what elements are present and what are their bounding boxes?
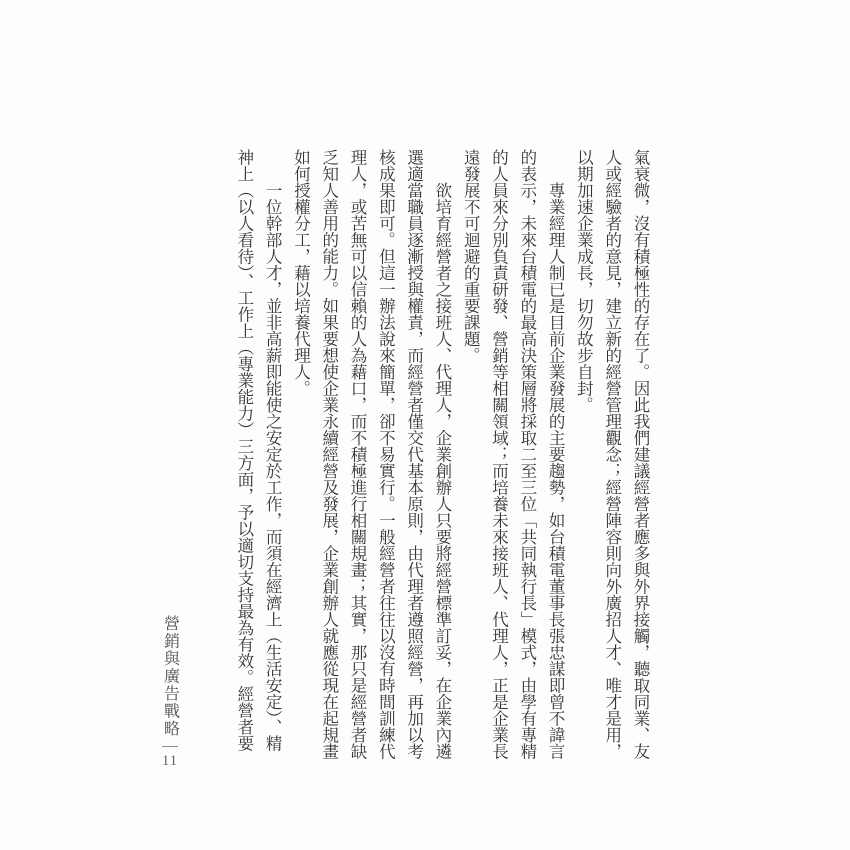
footer-divider (162, 746, 178, 748)
page-number: 11 (162, 753, 178, 770)
paragraph: 氣衰微，沒有積極性的存在了。因此我們建議經營者應多與外界接觸，聽取同業、友人或經… (569, 149, 654, 767)
paragraph: 一位幹部人才，並非高薪即能使之安定於工作，而須在經濟上（生活安定）、精神上（以人… (230, 149, 287, 767)
paragraph: 欲培育經營者之接班人、代理人，企業創辦人只要將經營標準訂妥，在企業內遴選適當職員… (286, 149, 456, 767)
book-title: 營銷與廣告戰略 (159, 615, 182, 738)
paragraph: 專業經理人制已是目前企業發展的主要趨勢，如台積電董事長張忠謀即曾不諱言的表示，未… (456, 149, 569, 767)
running-footer: 營銷與廣告戰略 11 (155, 615, 185, 770)
page-body-text: 氣衰微，沒有積極性的存在了。因此我們建議經營者應多與外界接觸，聽取同業、友人或經… (230, 149, 654, 767)
